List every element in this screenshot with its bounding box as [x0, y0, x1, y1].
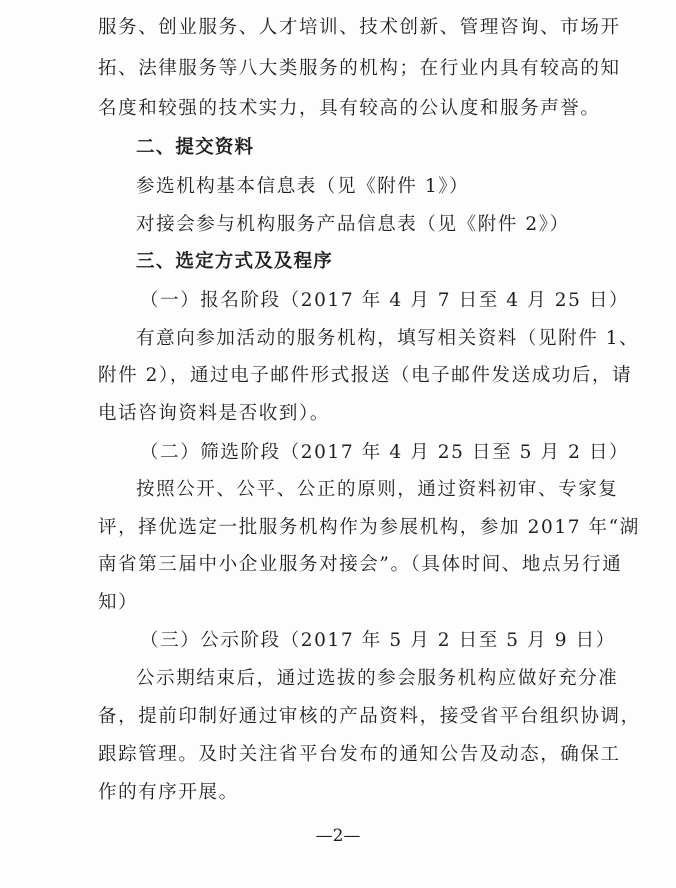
body-text-line: 知）	[98, 591, 138, 615]
subsection-heading: （一）报名阶段（2017 年 4 月 7 日至 4 月 25 日）	[140, 289, 629, 313]
body-text-line: 南省第三届中小企业服务对接会”。（具体时间、地点另行通	[98, 553, 622, 577]
body-text-line: 公示期结束后，通过选拔的参会服务机构应做好充分准	[136, 667, 618, 691]
body-text-line: 备，提前印制好通过审核的产品资料，接受省平台组织协调，	[98, 705, 641, 729]
list-item: 参选机构基本信息表（见《附件 1》）	[136, 175, 469, 199]
body-text-line: 作的有序开展。	[98, 781, 239, 805]
subsection-heading: （三）公示阶段（2017 年 5 月 2 日至 5 月 9 日）	[140, 629, 616, 653]
body-text-line: 按照公开、公平、公正的原则，通过资料初审、专家复	[136, 478, 618, 502]
list-item: 对接会参与机构服务产品信息表（见《附件 2》）	[136, 213, 570, 237]
body-text-line: 拓、法律服务等八大类服务的机构；在行业内具有较高的知	[98, 57, 621, 81]
section-heading: 二、提交资料	[136, 136, 254, 160]
body-text-line: 电话咨询资料是否收到）。	[98, 402, 330, 426]
subsection-heading: （二）筛选阶段（2017 年 4 月 25 日至 5 月 2 日）	[140, 441, 629, 465]
document-page: 服务、创业服务、人才培训、技术创新、管理咨询、市场开 拓、法律服务等八大类服务的…	[0, 0, 676, 888]
body-text-line: 名度和较强的技术实力，具有较高的公认度和服务声誉。	[98, 97, 601, 121]
body-text-line: 有意向参加活动的服务机构，填写相关资料（见附件 1、	[136, 327, 639, 351]
body-text-line: 评，择优选定一批服务机构作为参展机构，参加 2017 年“湖	[98, 516, 640, 540]
page-number: —2—	[0, 826, 676, 846]
section-heading: 三、选定方式及及程序	[136, 250, 333, 274]
body-text-line: 附件 2），通过电子邮件形式报送（电子邮件发送成功后，请	[98, 364, 632, 388]
body-text-line: 跟踪管理。及时关注省平台发布的通知公告及动态，确保工	[98, 743, 621, 767]
body-text-line: 服务、创业服务、人才培训、技术创新、管理咨询、市场开	[98, 16, 621, 40]
